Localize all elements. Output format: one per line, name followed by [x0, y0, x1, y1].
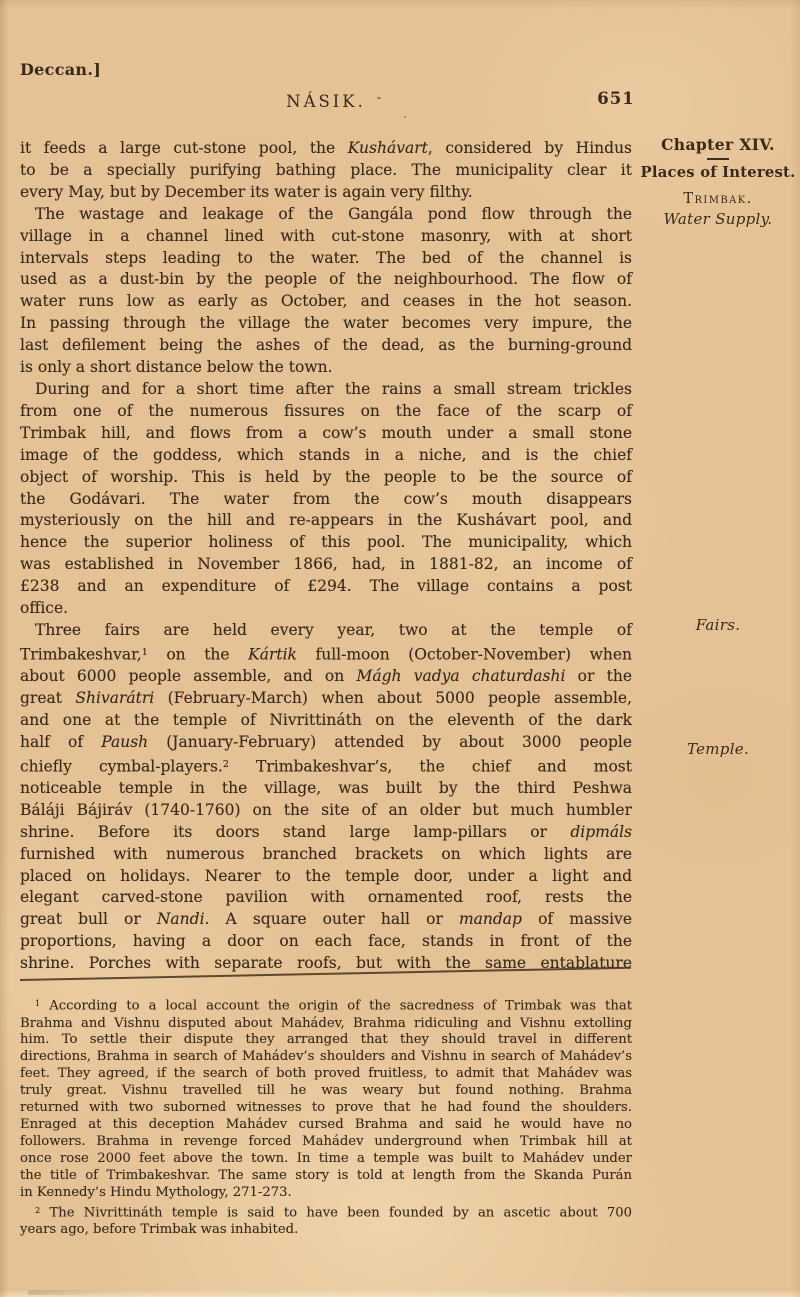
text-line: every May, but by December its water is … — [20, 182, 632, 204]
text-line: shrine. Porches with separate roofs, but… — [20, 953, 632, 975]
text-line: water runs low as early as October, and … — [20, 291, 632, 313]
text-line: placed on holidays. Nearer to the temple… — [20, 866, 632, 888]
margin-note-section: Places of Interest. — [638, 164, 798, 181]
text-line: elegant carved-stone pavilion with ornam… — [20, 887, 632, 909]
text-line: from one of the numerous fissures on the… — [20, 401, 632, 423]
text-line: hence the superior holiness of this pool… — [20, 532, 632, 554]
text-line: great Shivarátri (February-March) when a… — [20, 688, 632, 710]
footnote: 1 According to a local account the origi… — [20, 995, 632, 1202]
text-line: half of Paush (January-February) attende… — [20, 732, 632, 754]
body-text: it feeds a large cut-stone pool, the Kus… — [20, 138, 632, 975]
text-line: In passing through the village the water… — [20, 313, 632, 335]
book-page: Deccan.] NÁSIK. 651 Chapter XIV. Places … — [0, 0, 800, 1297]
text-line: once rose 2000 feet above the town. In t… — [20, 1151, 632, 1168]
text-line: to be a specially purifying bathing plac… — [20, 160, 632, 182]
paper-speck — [377, 97, 381, 99]
page-title: NÁSIK. — [20, 92, 632, 111]
text-line: office. — [20, 598, 632, 620]
text-line: Enraged at this deception Mahádev cursed… — [20, 1117, 632, 1134]
text-line: village in a channel lined with cut-ston… — [20, 226, 632, 248]
text-line: £238 and an expenditure of £294. The vil… — [20, 576, 632, 598]
page-number: 651 — [586, 89, 646, 108]
text-line: 2 The Nivrittináth temple is said to hav… — [20, 1202, 632, 1223]
text-line: it feeds a large cut-stone pool, the Kus… — [20, 138, 632, 160]
margin-note-chapter: Chapter XIV. — [638, 135, 798, 154]
paragraph: Three fairs are held every year, two at … — [20, 620, 632, 975]
paper-speck — [404, 116, 406, 118]
text-line: Báláji Bájiráv (1740-1760) on the site o… — [20, 800, 632, 822]
text-line: furnished with numerous branched bracket… — [20, 844, 632, 866]
text-line: returned with two suborned witnesses to … — [20, 1100, 632, 1117]
text-line: years ago, before Trimbak was inhabited. — [20, 1222, 632, 1239]
margin-rule — [638, 158, 798, 160]
footnotes: 1 According to a local account the origi… — [20, 995, 632, 1239]
text-line: about 6000 people assemble, and on Mágh … — [20, 666, 632, 688]
margin-note-water-supply: Water Supply. — [638, 210, 798, 228]
text-line: and one at the temple of Nivrittináth on… — [20, 710, 632, 732]
paragraph: During and for a short time after the ra… — [20, 379, 632, 620]
text-line: was established in November 1866, had, i… — [20, 554, 632, 576]
text-line: noticeable temple in the village, was bu… — [20, 778, 632, 800]
text-line: directions, Brahma in search of Mahádev’… — [20, 1049, 632, 1066]
paper-speck — [252, 455, 254, 457]
margin-note-fairs: Fairs. — [638, 616, 798, 634]
text-line: Three fairs are held every year, two at … — [20, 620, 632, 642]
text-line: used as a dust-bin by the people of the … — [20, 269, 632, 291]
text-line: chiefly cymbal-players.2 Trimbakeshvar’s… — [20, 754, 632, 778]
text-line: Trimbak hill, and flows from a cow’s mou… — [20, 423, 632, 445]
paragraph: it feeds a large cut-stone pool, the Kus… — [20, 138, 632, 204]
text-line: truly great. Vishnu travelled till he wa… — [20, 1083, 632, 1100]
text-line: The wastage and leakage of the Gangála p… — [20, 204, 632, 226]
text-line: feet. They agreed, if the search of both… — [20, 1066, 632, 1083]
footnote: 2 The Nivrittináth temple is said to hav… — [20, 1202, 632, 1239]
text-line: proportions, having a door on each face,… — [20, 931, 632, 953]
text-line: the title of Trimbakeshvar. The same sto… — [20, 1168, 632, 1185]
page-edge-smudge — [28, 1290, 128, 1295]
text-line: the Godávari. The water from the cow’s m… — [20, 489, 632, 511]
text-line: object of worship. This is held by the p… — [20, 467, 632, 489]
text-line: During and for a short time after the ra… — [20, 379, 632, 401]
text-line: image of the goddess, which stands in a … — [20, 445, 632, 467]
margin-note-place: Trimbak. — [638, 191, 798, 207]
text-line: intervals steps leading to the water. Th… — [20, 248, 632, 270]
text-line: in Kennedy’s Hindu Mythology, 271-273. — [20, 1185, 632, 1202]
text-line: shrine. Before its doors stand large lam… — [20, 822, 632, 844]
margin-note-temple: Temple. — [638, 740, 798, 758]
text-line: followers. Brahma in revenge forced Mahá… — [20, 1134, 632, 1151]
text-line: is only a short distance below the town. — [20, 357, 632, 379]
text-line: great bull or Nandi. A square outer hall… — [20, 909, 632, 931]
text-line: Brahma and Vishnu disputed about Mahádev… — [20, 1016, 632, 1033]
text-line: last defilement being the ashes of the d… — [20, 335, 632, 357]
text-line: mysteriously on the hill and re-appears … — [20, 510, 632, 532]
text-line: 1 According to a local account the origi… — [20, 995, 632, 1016]
paragraph: The wastage and leakage of the Gangála p… — [20, 204, 632, 379]
text-line: Trimbakeshvar,1 on the Kártik full-moon … — [20, 642, 632, 666]
text-line: him. To settle their dispute they arrang… — [20, 1032, 632, 1049]
running-header-left: Deccan.] — [20, 60, 101, 79]
